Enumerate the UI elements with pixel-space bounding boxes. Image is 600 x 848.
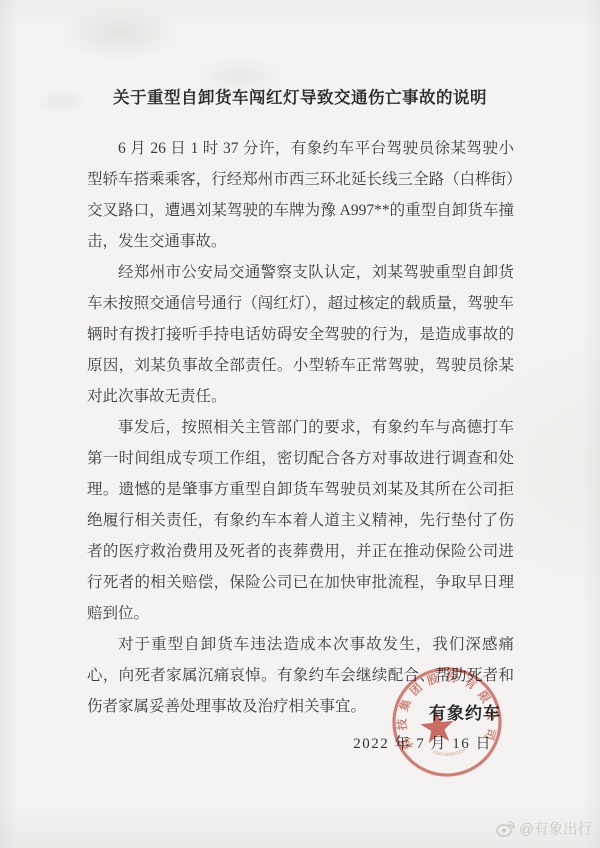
document-title: 关于重型自卸货车闯红灯导致交通伤亡事故的说明 xyxy=(0,84,600,108)
document-body: 6 月 26 日 1 时 37 分许，有象约车平台驾驶员徐某驾驶小型轿车搭乘乘客… xyxy=(87,133,514,722)
svg-text:科技集团股份有限公司: 科技集团股份有限公司 xyxy=(390,665,501,753)
paragraph-police-finding: 经郑州市公安局交通警察支队认定，刘某驾驶重型自卸货车未按照交通信号通行（闯红灯）… xyxy=(87,257,514,412)
paragraph-response-actions: 事发后，按照相关主管部门的要求，有象约车与高德打车第一时间组成专项工作组，密切配… xyxy=(87,412,514,629)
seal-code: 0161300631318 xyxy=(432,746,467,759)
seal-ring-text: 科技集团股份有限公司 xyxy=(390,665,501,753)
weibo-icon xyxy=(496,820,515,837)
svg-text:0161300631318: 0161300631318 xyxy=(432,746,467,759)
paragraph-accident-description: 6 月 26 日 1 时 37 分许，有象约车平台驾驶员徐某驾驶小型轿车搭乘乘客… xyxy=(87,133,514,257)
seal-star-icon xyxy=(419,709,455,744)
document-page: 关于重型自卸货车闯红灯导致交通伤亡事故的说明 6 月 26 日 1 时 37 分… xyxy=(0,0,600,848)
watermark-handle: @有象出行 xyxy=(519,818,592,839)
company-seal-stamp: 科技集团股份有限公司 0161300631318 xyxy=(378,653,516,791)
weibo-watermark: @有象出行 xyxy=(496,818,592,839)
